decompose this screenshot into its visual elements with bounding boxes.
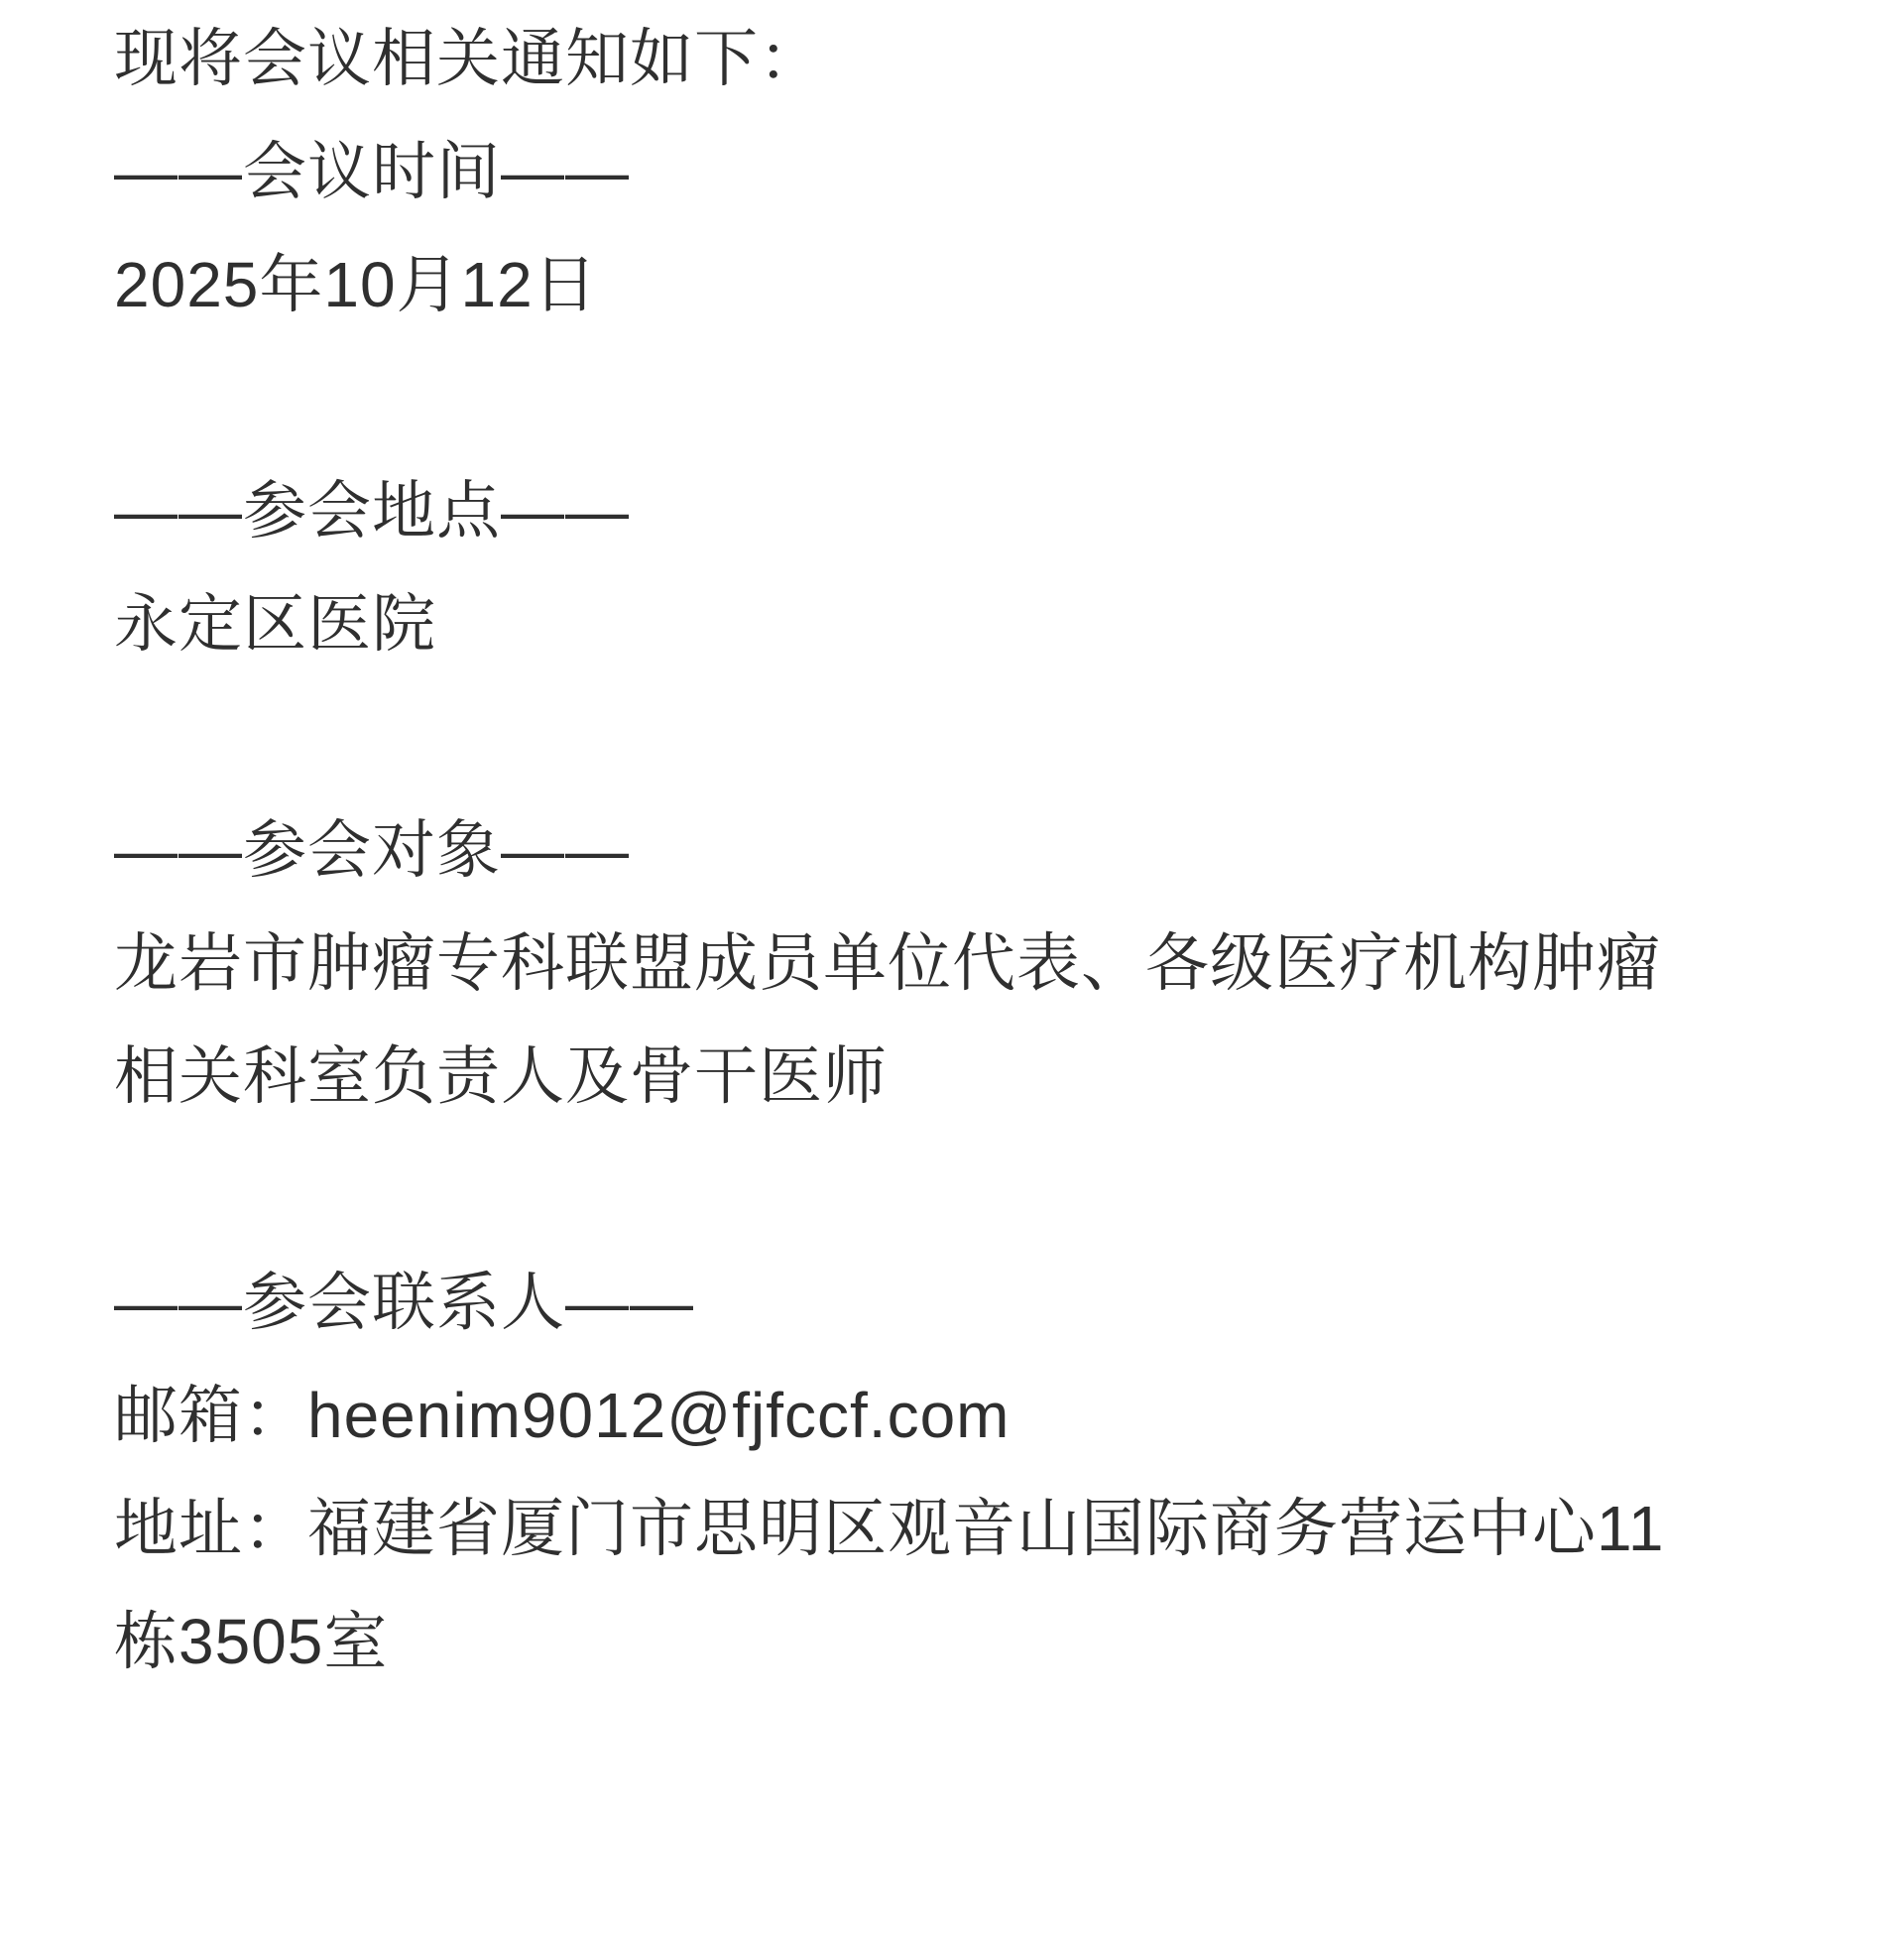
section-attendees: ——参会对象—— 龙岩市肿瘤专科联盟成员单位代表、各级医疗机构肿瘤 相关科室负责… (114, 793, 1785, 1133)
contact-email: 地址：福建省厦门市思明区观音山国际商务营运中心11 (114, 1472, 1785, 1585)
contact-heading: ——参会联系人—— (114, 1246, 1785, 1359)
attendees-line-2: 相关科室负责人及骨干医师 (114, 1020, 1785, 1133)
intro-line: 现将会议相关通知如下： (114, 2, 1785, 115)
meeting-time-heading: ——会议时间—— (114, 115, 1785, 228)
location-name: 永定区医院 (114, 567, 1785, 680)
attendees-line-1: 龙岩市肿瘤专科联盟成员单位代表、各级医疗机构肿瘤 (114, 907, 1785, 1020)
section-contact: ——参会联系人—— 邮箱：heenim9012@fjfccf.com 地址：福建… (114, 1246, 1785, 1698)
section-location: ——参会地点—— 永定区医院 (114, 454, 1785, 680)
section-meeting-time: ——会议时间—— 2025年10月12日 (114, 115, 1785, 341)
contact-address-line-1: 栋3505室 (114, 1585, 1785, 1698)
meeting-date: 2025年10月12日 (114, 228, 1785, 341)
location-heading: ——参会地点—— (114, 454, 1785, 567)
contact-phone: 邮箱：heenim9012@fjfccf.com (114, 1359, 1785, 1472)
notice-document: 现将会议相关通知如下： ——会议时间—— 2025年10月12日 ——参会地点—… (0, 0, 1904, 1948)
attendees-heading: ——参会对象—— (114, 793, 1785, 907)
